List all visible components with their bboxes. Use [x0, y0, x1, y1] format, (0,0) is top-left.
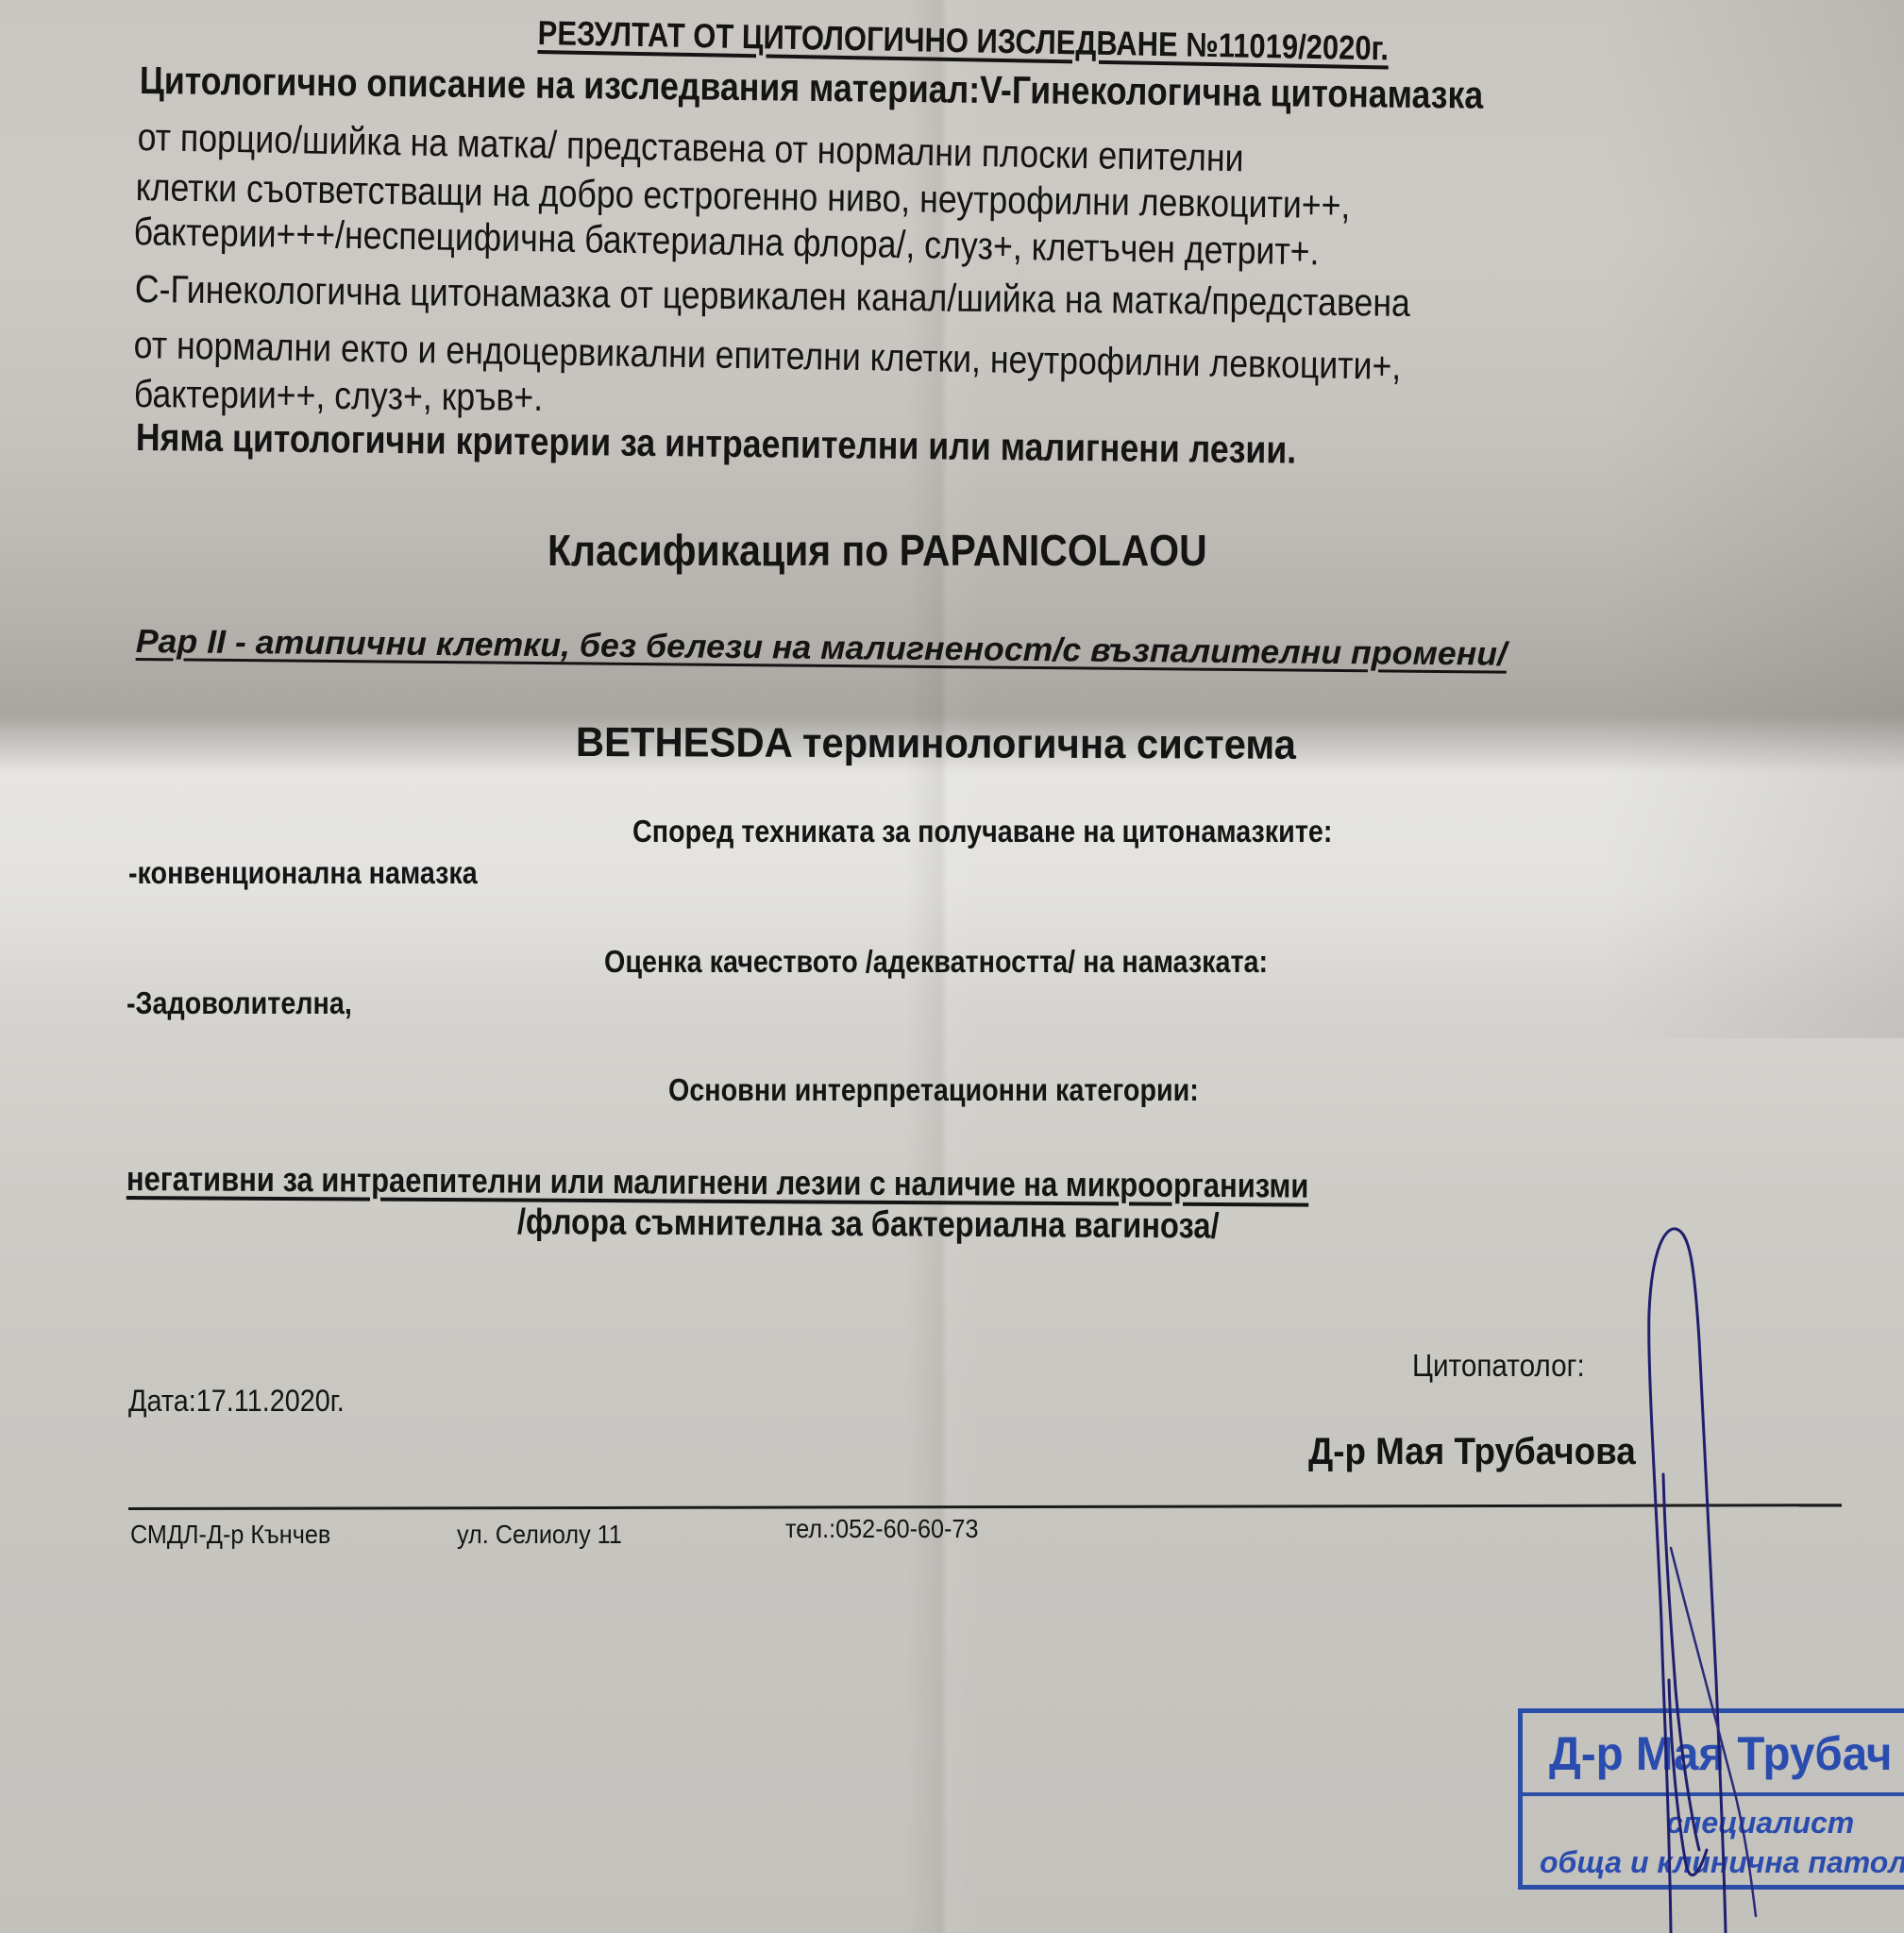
categories-value-note: /флора съмнителна за бактериална вагиноз…: [517, 1202, 1220, 1248]
stamp-name: Д-р Мая Трубач: [1549, 1726, 1893, 1781]
report-date: Дата:17.11.2020г.: [128, 1384, 345, 1419]
pathologist-name: Д-р Мая Трубачова: [1308, 1431, 1636, 1473]
description-conclusion: Няма цитологични критерии за интраепител…: [136, 415, 1297, 473]
technique-value: -конвенционална намазка: [128, 855, 478, 891]
paper-edge-shadow: [1605, 0, 1904, 1038]
footer-divider: [128, 1504, 1842, 1510]
technique-label: Според техниката за получаване на цитона…: [632, 814, 1332, 849]
categories-label: Основни интерпретационни категории:: [668, 1072, 1199, 1108]
bethesda-heading: BETHESDA терминологична система: [576, 719, 1296, 769]
stamp-title: специалист: [1666, 1806, 1854, 1841]
papanicolaou-result: Pap II - атипични клетки, без белези на …: [136, 623, 1508, 674]
doctor-stamp: Д-р Мая Трубач специалист обща и клиничн…: [1518, 1708, 1904, 1890]
description-line: Цитологично описание на изследвания мате…: [140, 59, 1484, 118]
papanicolaou-heading: Класификация по PAPANICOLAOU: [548, 525, 1207, 576]
stamp-divider: [1523, 1792, 1904, 1796]
categories-value: негативни за интраепителни или малигнени…: [126, 1159, 1309, 1206]
quality-label: Оценка качеството /адекватността/ на нам…: [604, 944, 1268, 980]
description-line: С-Гинекологична цитонамазка от цервикале…: [135, 267, 1410, 326]
document-title: РЕЗУЛТАТ ОТ ЦИТОЛОГИЧНО ИЗСЛЕДВАНЕ №1101…: [537, 13, 1389, 68]
lab-name: СМДЛ-Д-р Кънчев: [130, 1520, 330, 1550]
lab-address: ул. Селиолу 11: [457, 1520, 622, 1550]
lab-phone: тел.:052-60-60-73: [785, 1514, 978, 1544]
pathologist-label: Цитопатолог:: [1412, 1348, 1585, 1384]
description-line: бактерии++, слуз+, кръв+.: [134, 372, 544, 420]
quality-value: -Задоволителна,: [126, 985, 352, 1021]
stamp-specialty: обща и клинична патол: [1540, 1845, 1904, 1880]
